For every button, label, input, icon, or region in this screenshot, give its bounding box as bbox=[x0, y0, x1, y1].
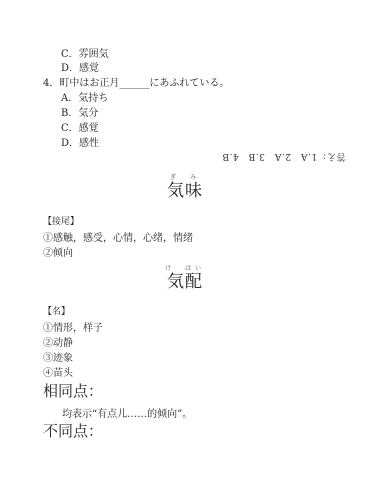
option-text: 気分 bbox=[78, 108, 98, 119]
differences-heading: 不同点： bbox=[43, 420, 103, 441]
definition: ③迹象 bbox=[43, 349, 73, 364]
definition: ①感触，感受，心情，心绪，情绪 bbox=[43, 229, 193, 244]
part-of-speech: 【名】 bbox=[43, 304, 70, 317]
option-letter: B． bbox=[61, 108, 78, 119]
entry-word: 気配 bbox=[0, 272, 370, 292]
entry-kehai-heading: け はい 気配 bbox=[0, 265, 370, 292]
q4-option-b: B．気分 bbox=[61, 104, 98, 119]
entry-kimi-heading: ぎ み 気味 bbox=[0, 174, 370, 201]
answer-key: 答え：1.A 2.A 3.B 4.B bbox=[222, 151, 346, 164]
question-number: 4． bbox=[43, 78, 59, 89]
ruby-reading: け はい bbox=[0, 265, 370, 272]
definition: ②倾向 bbox=[43, 244, 73, 259]
q4-option-c: C．感覚 bbox=[61, 119, 99, 134]
definition: ④苗头 bbox=[43, 364, 73, 379]
q3-option-d: D．感覚 bbox=[61, 59, 99, 74]
similarities-heading: 相同点： bbox=[43, 380, 103, 401]
q3-option-c: C．雰囲気 bbox=[61, 45, 109, 60]
q4-option-d: D．感性 bbox=[61, 134, 99, 149]
option-text: 感覚 bbox=[79, 123, 99, 134]
option-text: 感性 bbox=[79, 138, 99, 149]
ruby-reading: ぎ み bbox=[0, 174, 370, 181]
definition: ①情形，样子 bbox=[43, 319, 103, 334]
entry-word: 気味 bbox=[0, 181, 370, 201]
option-text: 感覚 bbox=[79, 63, 99, 74]
option-letter: C． bbox=[61, 123, 79, 134]
part-of-speech: 【接尾】 bbox=[43, 214, 79, 227]
option-text: 気持ち bbox=[78, 93, 108, 104]
question-4: 4．町中はお正月______にあふれている。 bbox=[43, 74, 229, 89]
q4-option-a: A．気持ち bbox=[61, 89, 108, 104]
question-stem: 町中はお正月______にあふれている。 bbox=[59, 78, 229, 89]
similarities-text: 均表示“有点儿……的倾向”。 bbox=[62, 405, 192, 420]
definition: ②动静 bbox=[43, 334, 73, 349]
option-letter: D． bbox=[61, 138, 79, 149]
option-letter: A． bbox=[61, 93, 78, 104]
option-letter: D． bbox=[61, 63, 79, 74]
